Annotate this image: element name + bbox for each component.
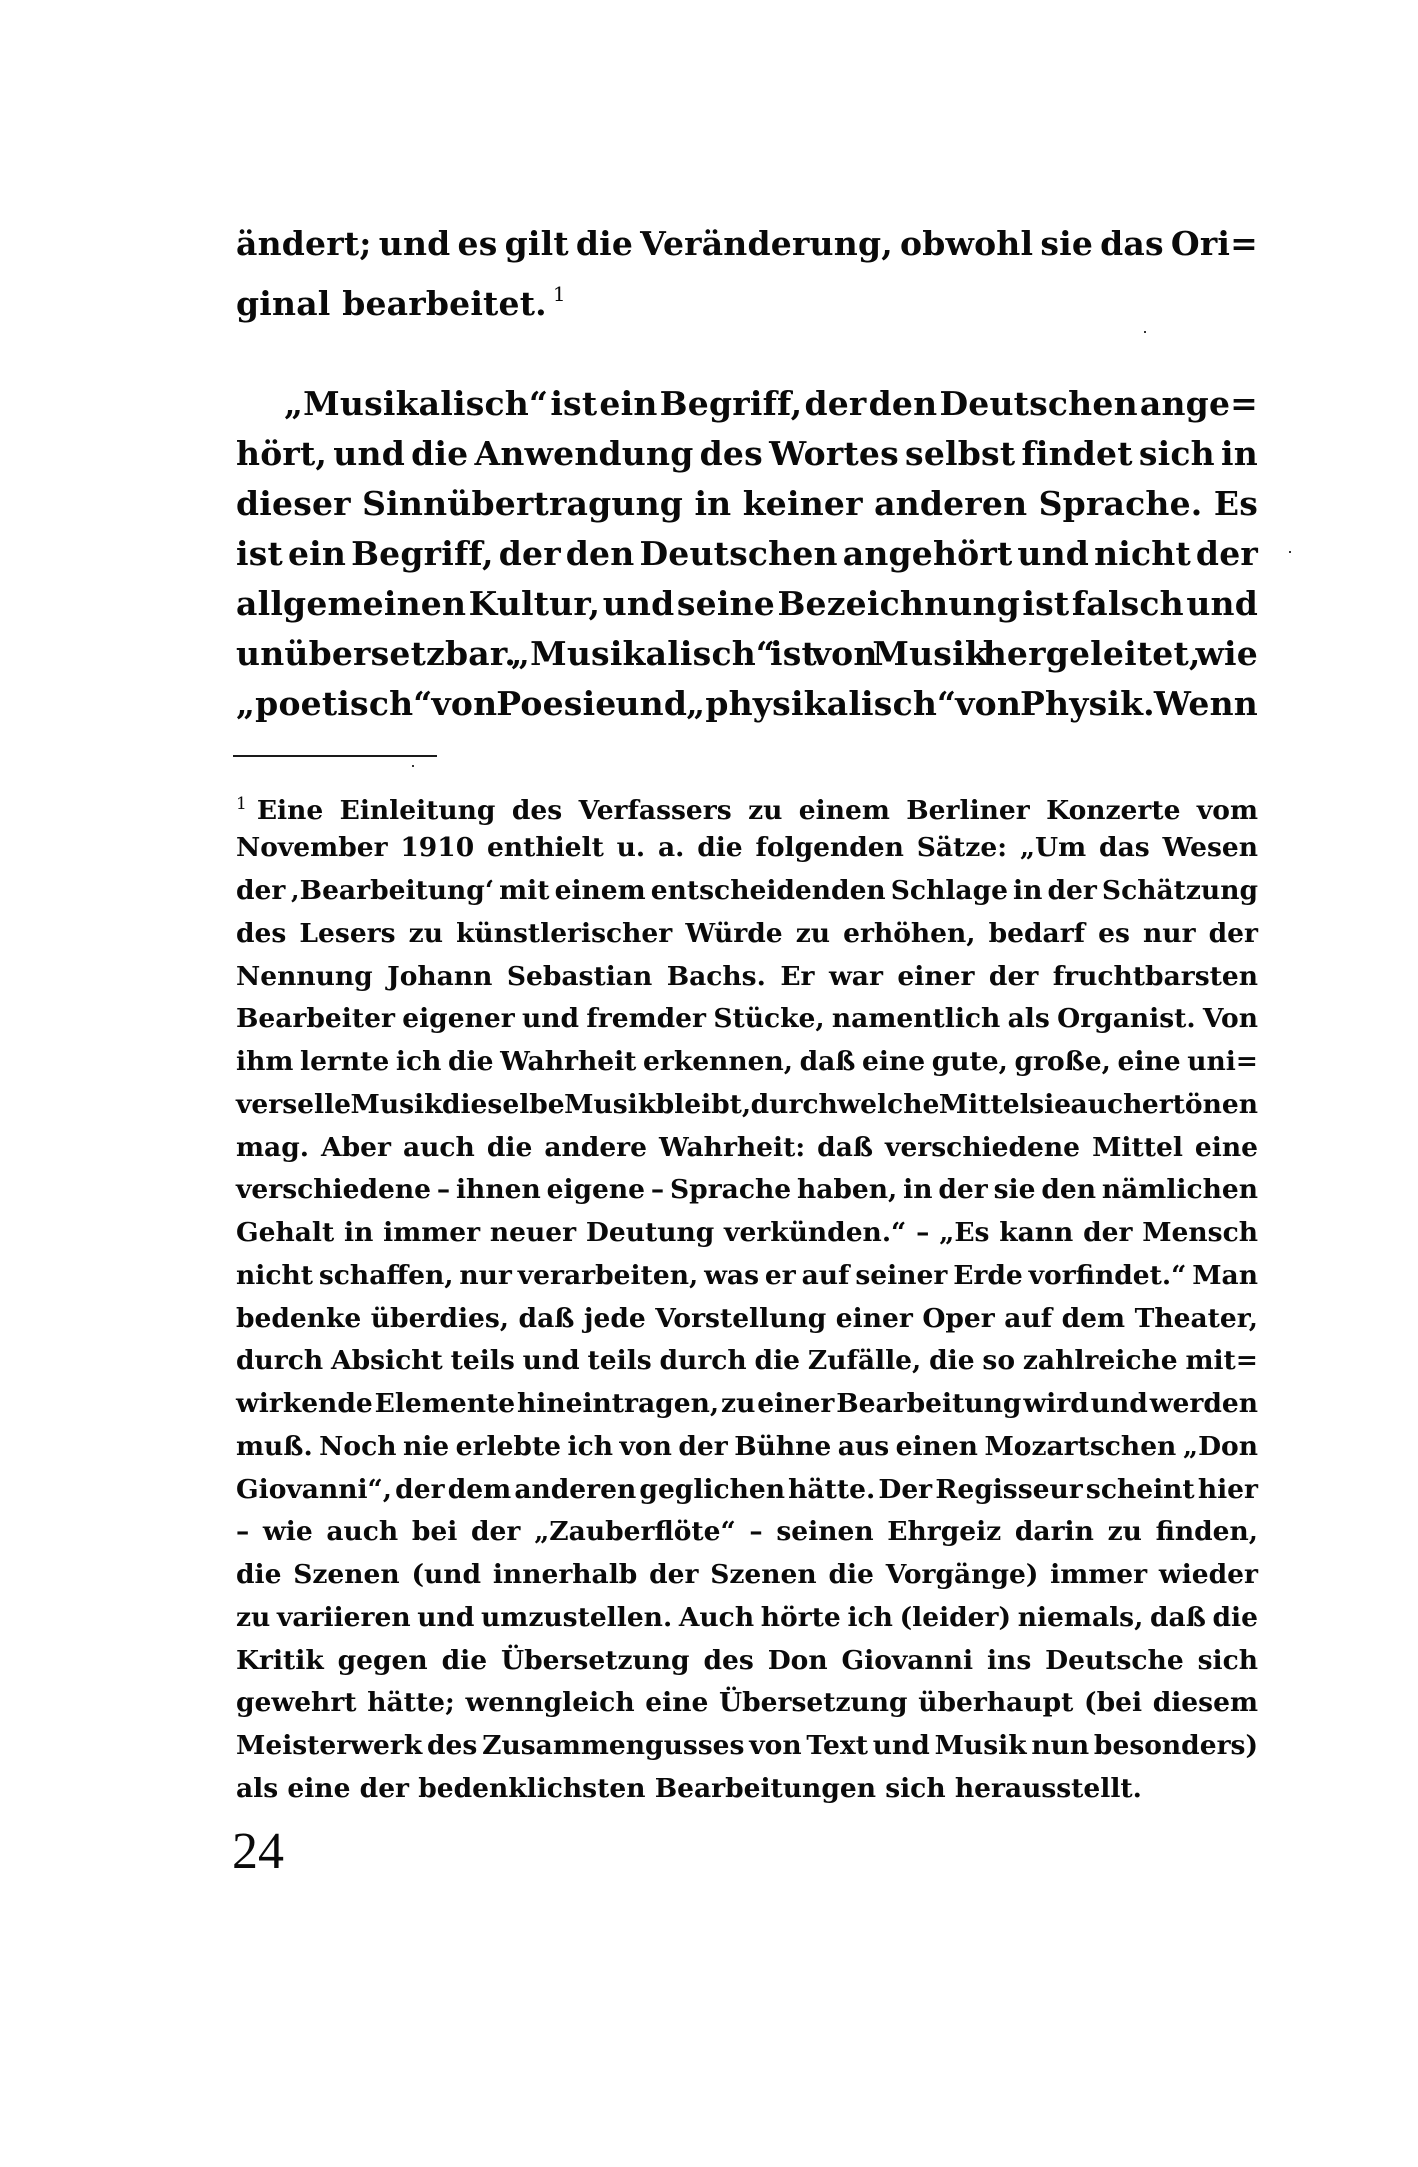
body-line: unübersetzbar. „Musikalisch“ ist von Mus…	[236, 629, 1258, 679]
footnote-line-text: bedenke überdies, daß jede Vorstellung e…	[236, 1303, 1258, 1334]
footnote-line-text: mag. Aber auch die andere Wahrheit: daß …	[236, 1132, 1258, 1163]
footnote-line-text: Kritik gegen die Übersetzung des Don Gio…	[236, 1645, 1258, 1676]
footnote-line: 1Eine Einleitung des Verfassers zu einem…	[236, 783, 1258, 826]
footnote-line: wirkende Elemente hineintragen, zu einer…	[236, 1382, 1258, 1425]
footnote-line: mag. Aber auch die andere Wahrheit: daß …	[236, 1126, 1258, 1169]
body-line-text: „Musikalisch“ ist ein Begriff, der den D…	[284, 384, 1258, 423]
page-number: 24	[232, 1822, 284, 1882]
footnote-line: des Lesers zu künstlerischer Würde zu er…	[236, 912, 1258, 955]
footnote-line-text: durch Absicht teils und teils durch die …	[236, 1345, 1258, 1376]
scan-speck	[1144, 331, 1146, 333]
footnote-line: Bearbeiter eigener und fremder Stücke, n…	[236, 997, 1258, 1040]
footnote-line: Nennung Johann Sebastian Bachs. Er war e…	[236, 955, 1258, 998]
footnote-line-text: zu variieren und umzustellen. Auch hörte…	[236, 1602, 1258, 1633]
footnote-marker: 1	[236, 794, 247, 814]
footnote-line-text: November 1910 enthielt u. a. die folgend…	[236, 832, 1258, 863]
footnote-line: die Szenen (und innerhalb der Szenen die…	[236, 1553, 1258, 1596]
body-line-text: unübersetzbar. „Musikalisch“ ist von Mus…	[236, 634, 1258, 673]
footnote-line: verschiedene – ihnen eigene – Sprache ha…	[236, 1168, 1258, 1211]
body-line: ginal bearbeitet.1	[236, 269, 1258, 319]
footnote-line: der ‚Bearbeitung‘ mit einem entscheidend…	[236, 869, 1258, 912]
footnote-line-text: muß. Noch nie erlebte ich von der Bühne …	[236, 1431, 1258, 1462]
footnote-line-text: des Lesers zu künstlerischer Würde zu er…	[236, 918, 1258, 949]
footnote-line-text: nicht schaffen, nur verarbeiten, was er …	[236, 1260, 1258, 1291]
footnote-line-text: wirkende Elemente hineintragen, zu einer…	[236, 1388, 1258, 1419]
body-line: hört, und die Anwendung des Wortes selbs…	[236, 429, 1258, 479]
footnote-line-text: Eine Einleitung des Verfassers zu einem …	[257, 795, 1258, 826]
footnote-line: gewehrt hätte; wenngleich eine Übersetzu…	[236, 1681, 1258, 1724]
footnote-line: Giovanni“, der dem anderen geglichen hät…	[236, 1468, 1258, 1511]
footnote-line: November 1910 enthielt u. a. die folgend…	[236, 826, 1258, 869]
footnote-line: bedenke überdies, daß jede Vorstellung e…	[236, 1297, 1258, 1340]
footnote-line-text: – wie auch bei der „Zauberflöte“ – seine…	[236, 1516, 1258, 1547]
footnote-line-text: Giovanni“, der dem anderen geglichen hät…	[236, 1474, 1258, 1505]
body-line-text: ändert; und es gilt die Veränderung, obw…	[236, 224, 1258, 263]
body-line: ändert; und es gilt die Veränderung, obw…	[236, 219, 1258, 269]
footnote-line-text: Meisterwerk des Zusammengusses von Text …	[236, 1730, 1258, 1761]
body-line-text: hört, und die Anwendung des Wortes selbs…	[236, 434, 1258, 473]
footnote-line-text: gewehrt hätte; wenngleich eine Übersetzu…	[236, 1687, 1258, 1718]
footnote-line: nicht schaffen, nur verarbeiten, was er …	[236, 1254, 1258, 1297]
footnote-line: muß. Noch nie erlebte ich von der Bühne …	[236, 1425, 1258, 1468]
body-line: ist ein Begriff, der den Deutschen angeh…	[236, 529, 1258, 579]
footnote-line-text: der ‚Bearbeitung‘ mit einem entscheidend…	[236, 875, 1258, 906]
footnote-reference: 1	[553, 282, 566, 306]
footnote-line: verselle Musik dieselbe Musik bleibt, du…	[236, 1083, 1258, 1126]
body-line: „Musikalisch“ ist ein Begriff, der den D…	[236, 379, 1258, 429]
scan-speck	[1289, 551, 1291, 553]
footnote-line: Meisterwerk des Zusammengusses von Text …	[236, 1724, 1258, 1767]
footnote-line: Kritik gegen die Übersetzung des Don Gio…	[236, 1639, 1258, 1682]
footnote-line-text: die Szenen (und innerhalb der Szenen die…	[236, 1559, 1258, 1590]
footnote-line: zu variieren und umzustellen. Auch hörte…	[236, 1596, 1258, 1639]
body-line-text: ist ein Begriff, der den Deutschen angeh…	[236, 534, 1258, 573]
footnote-line-text: verschiedene – ihnen eigene – Sprache ha…	[236, 1174, 1258, 1205]
body-line: dieser Sinnübertragung in keiner anderen…	[236, 479, 1258, 529]
footnote-line: durch Absicht teils und teils durch die …	[236, 1339, 1258, 1382]
footnote-line: ihm lernte ich die Wahrheit erkennen, da…	[236, 1040, 1258, 1083]
body-line: „poetisch“ von Poesie und „physikalisch“…	[236, 679, 1258, 729]
footnote-line: – wie auch bei der „Zauberflöte“ – seine…	[236, 1510, 1258, 1553]
body-line: allgemeinen Kultur, und seine Bezeichnun…	[236, 579, 1258, 629]
footnote-line-text: Nennung Johann Sebastian Bachs. Er war e…	[236, 961, 1258, 992]
footnote-line-text: verselle Musik dieselbe Musik bleibt, du…	[236, 1089, 1258, 1120]
body-line-text: allgemeinen Kultur, und seine Bezeichnun…	[236, 584, 1258, 623]
footnote-separator	[233, 755, 437, 757]
footnote-line-text: Gehalt in immer neuer Deutung verkünden.…	[236, 1217, 1258, 1248]
footnote-line: als eine der bedenklichsten Bearbeitunge…	[236, 1767, 1258, 1810]
book-page: ändert; und es gilt die Veränderung, obw…	[0, 0, 1418, 2167]
footnote-line-text: Bearbeiter eigener und fremder Stücke, n…	[236, 1003, 1258, 1034]
footnote-line-text: als eine der bedenklichsten Bearbeitunge…	[236, 1773, 1142, 1804]
footnote-line: Gehalt in immer neuer Deutung verkünden.…	[236, 1211, 1258, 1254]
body-line-text: dieser Sinnübertragung in keiner anderen…	[236, 484, 1258, 523]
body-line-text: „poetisch“ von Poesie und „physikalisch“…	[236, 684, 1258, 723]
body-line-text: ginal bearbeitet.	[236, 284, 547, 323]
footnote-line-text: ihm lernte ich die Wahrheit erkennen, da…	[236, 1046, 1258, 1077]
scan-speck	[412, 765, 414, 767]
